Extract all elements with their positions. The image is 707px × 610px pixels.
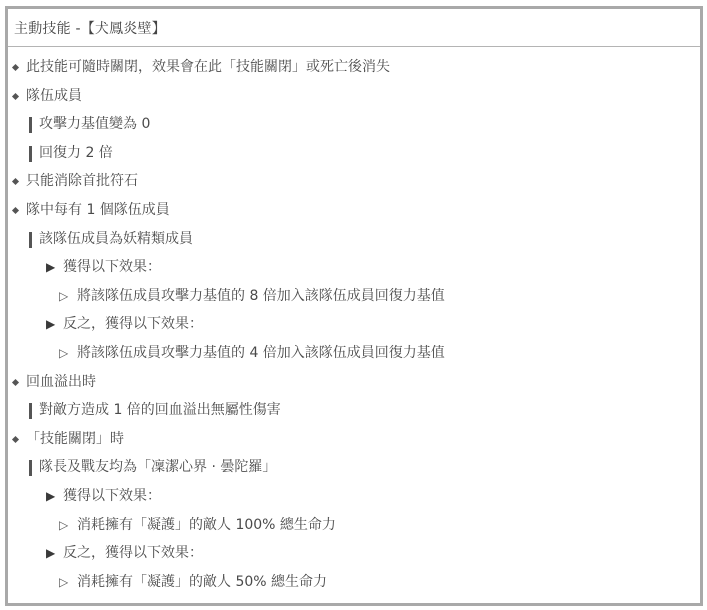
list-item-text: 只能消除首批符石 [26, 173, 138, 189]
list-item-text: 獲得以下效果： [63, 259, 161, 275]
skill-description: 此技能可隨時關閉，效果會在此「技能關閉」或死亡後消失 隊伍成員 攻擊力基值變為 … [8, 47, 700, 596]
list-item: 該隊伍成員為妖精類成員 [8, 225, 700, 254]
vertical-bar-icon [29, 460, 32, 476]
list-item: ▶ 反之，獲得以下效果： [8, 310, 700, 339]
list-item: 隊中每有 1 個隊伍成員 [8, 196, 700, 225]
diamond-bullet-icon [12, 436, 19, 443]
diamond-bullet-icon [12, 93, 19, 100]
list-item-text: 消耗擁有「凝護」的敵人 50% 總生命力 [77, 574, 327, 590]
list-item-text: 「技能關閉」時 [26, 431, 124, 447]
list-item-text: 隊長及戰友均為「凜潔心界 · 曇陀羅」 [39, 459, 276, 475]
list-item: 此技能可隨時關閉，效果會在此「技能關閉」或死亡後消失 [8, 53, 700, 82]
list-item-text: 該隊伍成員為妖精類成員 [39, 231, 193, 247]
skill-panel: 主動技能 -【犬鳳炎壁】 此技能可隨時關閉，效果會在此「技能關閉」或死亡後消失 … [5, 6, 703, 606]
vertical-bar-icon [29, 403, 32, 419]
list-item-text: 對敵方造成 1 倍的回血溢出無屬性傷害 [39, 402, 281, 418]
list-item: 回復力 2 倍 [8, 139, 700, 168]
list-item: ▶ 獲得以下效果： [8, 253, 700, 282]
vertical-bar-icon [29, 232, 32, 248]
list-item-text: 攻擊力基值變為 0 [39, 116, 150, 132]
list-item: ▶ 獲得以下效果： [8, 482, 700, 511]
list-item-text: 此技能可隨時關閉，效果會在此「技能關閉」或死亡後消失 [26, 59, 390, 75]
open-triangle-icon: ▷ [59, 568, 68, 597]
list-item: 回血溢出時 [8, 368, 700, 397]
list-item: ▷ 將該隊伍成員攻擊力基值的 4 倍加入該隊伍成員回復力基值 [8, 339, 700, 368]
list-item-text: 消耗擁有「凝護」的敵人 100% 總生命力 [77, 517, 336, 533]
diamond-bullet-icon [12, 378, 19, 385]
list-item-text: 將該隊伍成員攻擊力基值的 4 倍加入該隊伍成員回復力基值 [77, 345, 445, 361]
list-item: 「技能關閉」時 [8, 425, 700, 454]
list-item: ▶ 反之，獲得以下效果： [8, 539, 700, 568]
list-item: 隊長及戰友均為「凜潔心界 · 曇陀羅」 [8, 453, 700, 482]
list-item: ▷ 消耗擁有「凝護」的敵人 50% 總生命力 [8, 568, 700, 597]
list-item-text: 將該隊伍成員攻擊力基值的 8 倍加入該隊伍成員回復力基值 [77, 288, 445, 304]
vertical-bar-icon [29, 117, 32, 133]
list-item: ▷ 消耗擁有「凝護」的敵人 100% 總生命力 [8, 511, 700, 540]
list-item-text: 反之，獲得以下效果： [63, 545, 203, 561]
vertical-bar-icon [29, 146, 32, 162]
list-item-text: 反之，獲得以下效果： [63, 316, 203, 332]
filled-triangle-icon: ▶ [46, 253, 55, 282]
open-triangle-icon: ▷ [59, 282, 68, 311]
open-triangle-icon: ▷ [59, 339, 68, 368]
list-item-text: 回血溢出時 [26, 374, 96, 390]
list-item: 只能消除首批符石 [8, 167, 700, 196]
open-triangle-icon: ▷ [59, 511, 68, 540]
skill-title: 主動技能 -【犬鳳炎壁】 [14, 18, 166, 38]
list-item: 對敵方造成 1 倍的回血溢出無屬性傷害 [8, 396, 700, 425]
filled-triangle-icon: ▶ [46, 482, 55, 511]
list-item-text: 隊伍成員 [26, 88, 82, 104]
diamond-bullet-icon [12, 64, 19, 71]
list-item: ▷ 將該隊伍成員攻擊力基值的 8 倍加入該隊伍成員回復力基值 [8, 282, 700, 311]
filled-triangle-icon: ▶ [46, 539, 55, 568]
list-item-text: 回復力 2 倍 [39, 145, 113, 161]
diamond-bullet-icon [12, 178, 19, 185]
diamond-bullet-icon [12, 207, 19, 214]
list-item-text: 隊中每有 1 個隊伍成員 [26, 202, 170, 218]
list-item: 攻擊力基值變為 0 [8, 110, 700, 139]
filled-triangle-icon: ▶ [46, 310, 55, 339]
list-item-text: 獲得以下效果： [63, 488, 161, 504]
panel-header: 主動技能 -【犬鳳炎壁】 [8, 9, 700, 47]
list-item: 隊伍成員 [8, 82, 700, 111]
